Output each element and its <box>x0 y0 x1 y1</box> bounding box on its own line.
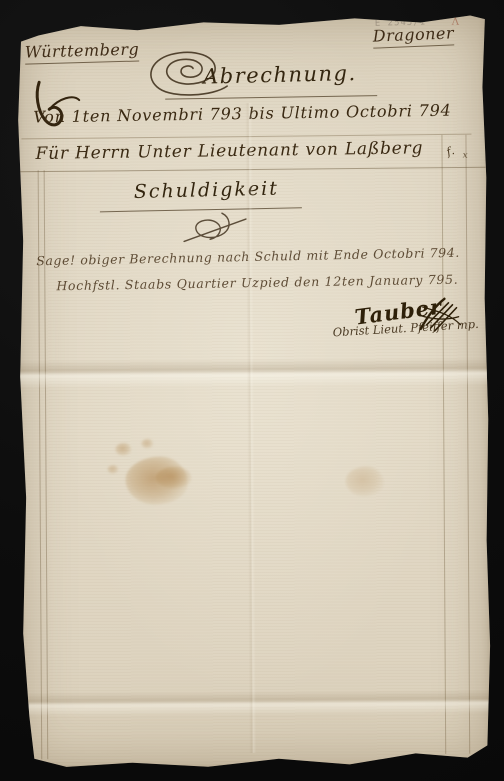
right-column-rule-outer <box>441 135 446 754</box>
header-right-dragoner: Dragoner <box>372 23 454 48</box>
section-heading: Schuldigkeit <box>134 178 280 203</box>
body-line-1: Sage! obiger Berechnung nach Schuld mit … <box>36 245 460 269</box>
fold-crease-upper <box>17 358 489 389</box>
heading-flourish-icon <box>182 207 248 251</box>
hrule-under-addressee <box>18 167 486 172</box>
photo-background: { "archival": { "stamp": "E 2545/1", "co… <box>0 0 504 781</box>
body-line-2: Hochfstl. Staabs Quartier Uzpied den 12t… <box>56 272 458 294</box>
page-title: Abrechnung. <box>203 61 357 89</box>
fold-crease-vertical <box>245 103 256 753</box>
addressee-line: Für Herrn Unter Lieutenant von Laßberg <box>35 138 423 164</box>
column-florin-mark: f. <box>445 144 457 159</box>
right-column-rule-inner <box>465 135 470 754</box>
header-left-wuerttemberg: Württemberg <box>25 39 140 64</box>
period-line: Von 1ten Novembri 793 bis Ultimo Octobri… <box>33 101 452 127</box>
fold-crease-lower <box>19 690 491 717</box>
manuscript-page: E 2545/1 Λ Württemberg Dragoner Abrechnu… <box>15 12 492 770</box>
stain-small <box>339 460 389 502</box>
stain-large <box>107 438 207 519</box>
paper-sheet: E 2545/1 Λ Württemberg Dragoner Abrechnu… <box>15 12 492 770</box>
